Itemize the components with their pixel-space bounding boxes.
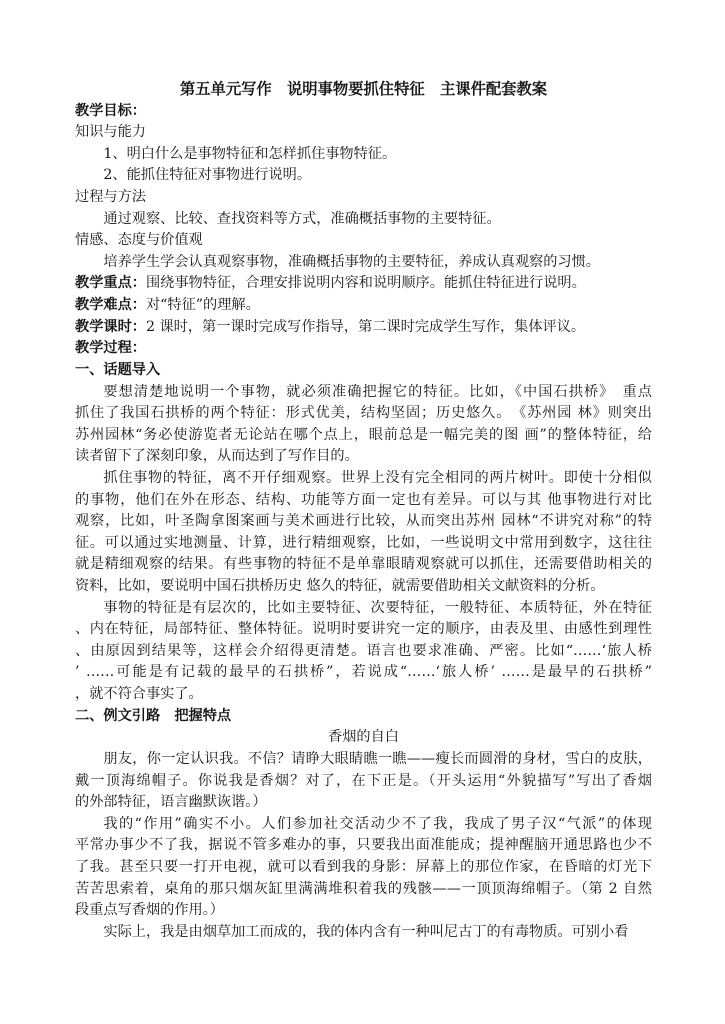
para1-line2: 抓住了我国石拱桥的两个特征：形式优美，结构坚固；历史悠久。 《苏州园 林》则突出: [75, 403, 652, 425]
teaching-difficulty-line: 教学难点：对“特征”的理解。: [75, 295, 652, 317]
goal-item-1: 1、明白什么是事物特征和怎样抓住事物特征。: [75, 144, 652, 166]
para3-line2: 、内在特征，局部特征、整体特征。说明时要讲究一定的顺序，由表及里、由感性到理性: [75, 619, 652, 641]
para2-line6: 资料，比如，要说明中国石拱桥历史 悠久的特征，就需要借助相关文献资料的分析。: [75, 576, 652, 598]
para3-line5: ，就不符合事实了。: [75, 684, 652, 706]
para1-line1: 要想清楚地说明一个事物，就必须准确把握它的特征。比如，《中国石拱桥》 重点: [75, 382, 652, 404]
teaching-key-point-line: 教学重点：围绕事物特征，合理安排说明内容和说明顺序。能抓住特征进行说明。: [75, 273, 652, 295]
heading-example-guide: 二、例文引路 把握特点: [75, 706, 652, 728]
document-title: 第五单元写作 说明事物要抓住特征 主课件配套教案: [75, 79, 652, 101]
goal-item-2: 2、能抓住特征对事物进行说明。: [75, 165, 652, 187]
para3-line1: 事物的特征是有层次的，比如主要特征、次要特征，一般特征、本质特征，外在特征: [75, 598, 652, 620]
label-knowledge-ability: 知识与能力: [75, 122, 652, 144]
teaching-periods-line: 教学课时：2 课时，第一课时完成写作指导，第二课时完成学生写作，集体评议。: [75, 317, 652, 339]
para3-line3: 、由原因到结果等，这样会介绍得更清楚。语言也要求准确、严密。比如“……‘旅人桥: [75, 641, 652, 663]
teaching-key-point-label: 教学重点：: [75, 275, 146, 291]
process-method-text: 通过观察、比较、查找资料等方式，准确概括事物的主要特征。: [75, 209, 652, 231]
essay-para2-line3: 了我。甚至只要一打开电视，就可以看到我的身影：屏幕上的那位作家，在昏暗的灯光下: [75, 857, 652, 879]
essay-para2-line2: 平常办事少不了我，据说不管多难办的事，只要我出面准能成；提神醒脑开通思路也少不: [75, 835, 652, 857]
para2-line5: 就是精细观察的结果。有些事物的特征不是单靠眼睛观察就可以抓住，还需要借助相关的: [75, 554, 652, 576]
essay-para1-line3: 的外部特征，语言幽默诙谐。）: [75, 792, 652, 814]
document-page: 第五单元写作 说明事物要抓住特征 主课件配套教案 教学目标： 知识与能力 1、明…: [0, 0, 725, 1024]
para2-line2: 的事物，他们在外在形态、结构、功能等方面一定也有差异。可以与其 他事物进行对比: [75, 490, 652, 512]
essay-para2-line5: 段重点写香烟的作用。）: [75, 900, 652, 922]
para2-line4: 征。可以通过实地测量、计算，进行精细观察，比如，一些说明文中常用到数字，这往往: [75, 533, 652, 555]
essay-para2-line1: 我的“作用”确实不小。人们参加社交活动少不了我，我成了男子汉“气派”的体现: [75, 814, 652, 836]
teaching-difficulty-label: 教学难点：: [75, 297, 146, 313]
label-emotion-attitude-values: 情感、态度与价值观: [75, 230, 652, 252]
emotion-attitude-text: 培养学生学会认真观察事物，准确概括事物的主要特征，养成认真观察的习惯。: [75, 252, 652, 274]
teaching-key-point-text: 围绕事物特征，合理安排说明内容和说明顺序。能抓住特征进行说明。: [146, 275, 586, 291]
essay-para1-line2: 戴一顶海绵帽子。你说我是香烟？对了，在下正是。（开头运用“外貌描写”写出了香烟: [75, 771, 652, 793]
heading-topic-introduction: 一、话题导入: [75, 360, 652, 382]
label-process-method: 过程与方法: [75, 187, 652, 209]
para3-line4: ’ ……可能是有记载的最早的石拱桥”，若说成“……‘旅人桥’ ……是最早的石拱桥…: [75, 662, 652, 684]
essay-title: 香烟的自白: [75, 727, 652, 749]
para2-line3: 观察，比如，叶圣陶拿图案画与美术画进行比较，从而突出苏州 园林“不讲究对称”的特: [75, 511, 652, 533]
essay-para1-line1: 朋友，你一定认识我。不信？请睁大眼睛瞧一瞧——瘦长而圆滑的身材，雪白的皮肤，: [75, 749, 652, 771]
essay-para2-line4: 苦苦思索着，桌角的那只烟灰缸里满满堆积着我的残骸——一顶顶海绵帽子。（第 2 自…: [75, 879, 652, 901]
teaching-periods-label: 教学课时：: [75, 319, 146, 335]
heading-teaching-process: 教学过程：: [75, 338, 652, 360]
para1-line3: 苏州园林“务必使游览者无论站在哪个点上，眼前总是一幅完美的图 画”的整体特征，给: [75, 425, 652, 447]
teaching-periods-text: 2 课时，第一课时完成写作指导，第二课时完成学生写作，集体评议。: [146, 319, 585, 335]
essay-para3-line1: 实际上，我是由烟草加工而成的，我的体内含有一种叫尼古丁的有毒物质。可别小看: [75, 922, 652, 944]
para1-line4: 读者留下了深刻印象，从而达到了写作目的。: [75, 446, 652, 468]
teaching-difficulty-text: 对“特征”的理解。: [146, 297, 260, 313]
para2-line1: 抓住事物的特征，离不开仔细观察。世界上没有完全相同的两片树叶。即使十分相似: [75, 468, 652, 490]
heading-teaching-goals: 教学目标：: [75, 101, 652, 123]
